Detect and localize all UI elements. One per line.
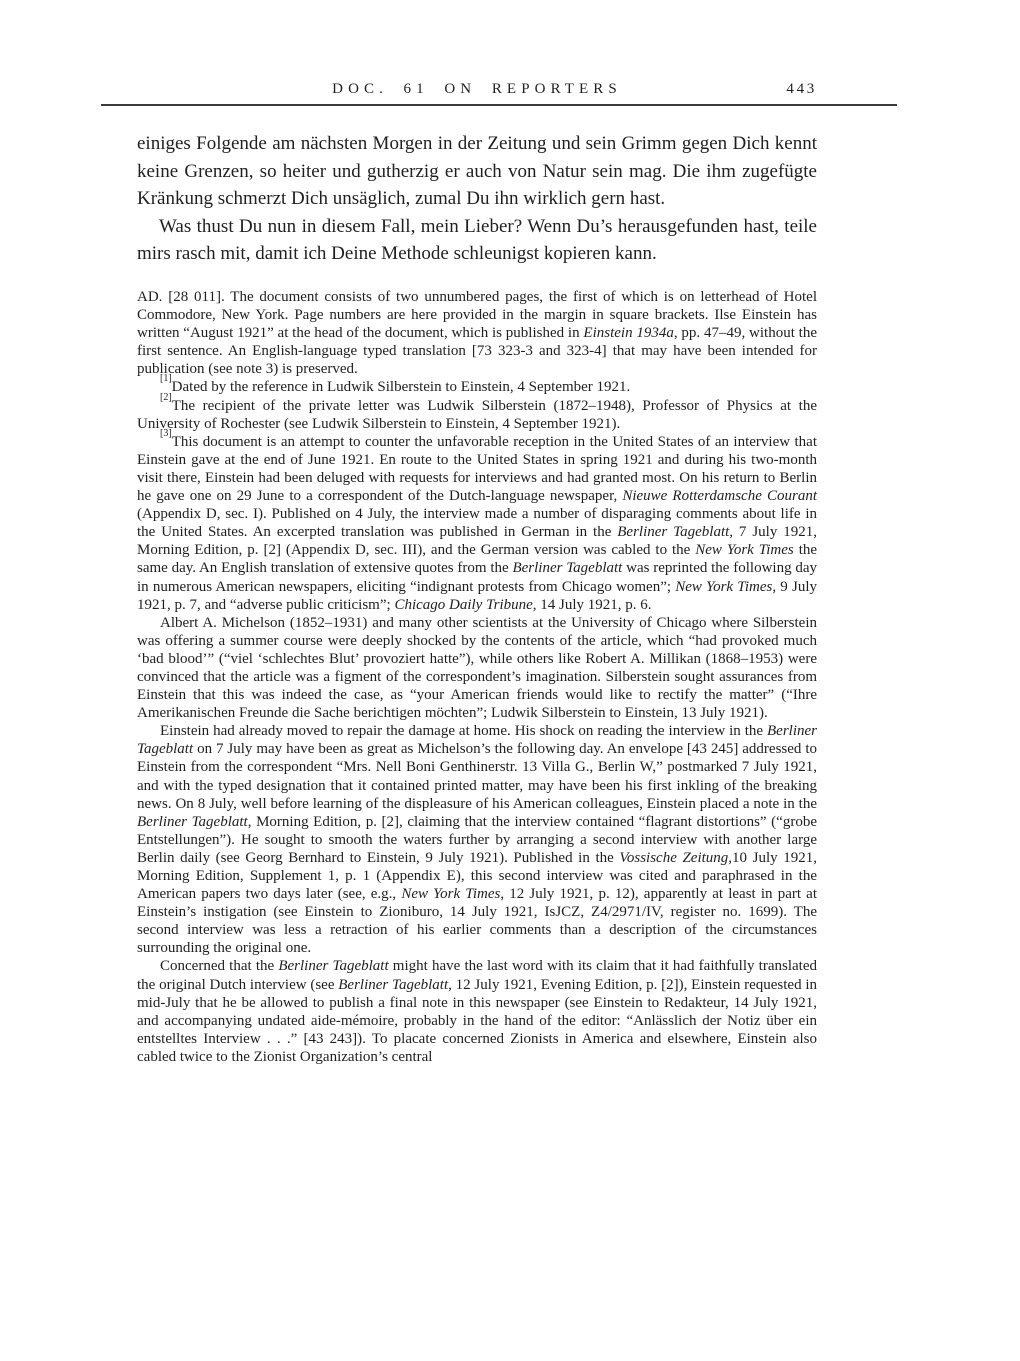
text-run: The recipient of the private letter was … bbox=[137, 398, 817, 432]
text-run: on 7 July may have been as great as Mich… bbox=[137, 741, 817, 811]
italic-run: Berliner Tageblatt bbox=[137, 814, 248, 830]
page-number: 443 bbox=[786, 81, 817, 98]
book-page: DOC. 61 ON REPORTERS 443 einiges Folgend… bbox=[0, 0, 1020, 1361]
annotation-paragraph: AD. [28 011]. The document consists of t… bbox=[137, 288, 817, 378]
editorial-annotation: AD. [28 011]. The document consists of t… bbox=[137, 288, 817, 1066]
annotation-paragraph: Concerned that the Berliner Tageblatt mi… bbox=[137, 957, 817, 1066]
text-run: Dated by the reference in Ludwik Silbers… bbox=[172, 379, 631, 395]
text-run: Was thust Du nun in diesem Fall, mein Li… bbox=[137, 216, 817, 265]
italic-run: New York Times bbox=[675, 579, 772, 595]
annotation-paragraph: [1]Dated by the reference in Ludwik Silb… bbox=[137, 378, 817, 396]
footnote-marker: [1] bbox=[160, 373, 172, 384]
annotation-paragraph: Einstein had already moved to repair the… bbox=[137, 722, 817, 957]
header-rule bbox=[101, 104, 897, 106]
text-run: Albert A. Michelson (1852–1931) and many… bbox=[137, 615, 817, 721]
italic-run: Nieuwe Rotterdamsche Courant bbox=[622, 488, 817, 504]
italic-run: New York Times bbox=[695, 542, 794, 558]
footnote-marker: [2] bbox=[160, 392, 172, 403]
italic-run: Berliner Tageblatt, bbox=[617, 524, 733, 540]
italic-run: Berliner Tageblatt bbox=[278, 958, 388, 974]
italic-run: Vossische Zeitung, bbox=[619, 850, 732, 866]
text-run: einiges Folgende am nächsten Morgen in d… bbox=[137, 133, 817, 209]
italic-run: Berliner Tageblatt bbox=[338, 977, 448, 993]
annotation-paragraph: [2]The recipient of the private letter w… bbox=[137, 397, 817, 433]
running-head-title: DOC. 61 ON REPORTERS bbox=[332, 81, 622, 98]
annotation-paragraph: [3]This document is an attempt to counte… bbox=[137, 433, 817, 614]
annotation-paragraph: Albert A. Michelson (1852–1931) and many… bbox=[137, 614, 817, 723]
letter-paragraph: einiges Folgende am nächsten Morgen in d… bbox=[137, 130, 817, 213]
italic-run: Einstein 1934a bbox=[583, 325, 673, 341]
text-run: Einstein had already moved to repair the… bbox=[160, 723, 767, 739]
italic-run: Chicago Daily Tribune bbox=[394, 597, 532, 613]
text-run: , 14 July 1921, p. 6. bbox=[533, 597, 652, 613]
running-header: DOC. 61 ON REPORTERS 443 bbox=[137, 81, 817, 101]
letter-paragraph: Was thust Du nun in diesem Fall, mein Li… bbox=[137, 213, 817, 268]
letter-text-german: einiges Folgende am nächsten Morgen in d… bbox=[137, 130, 817, 268]
text-run: Concerned that the bbox=[160, 958, 278, 974]
italic-run: Berliner Tageblatt bbox=[512, 560, 622, 576]
italic-run: New York Times bbox=[401, 886, 500, 902]
footnote-marker: [3] bbox=[160, 428, 172, 439]
